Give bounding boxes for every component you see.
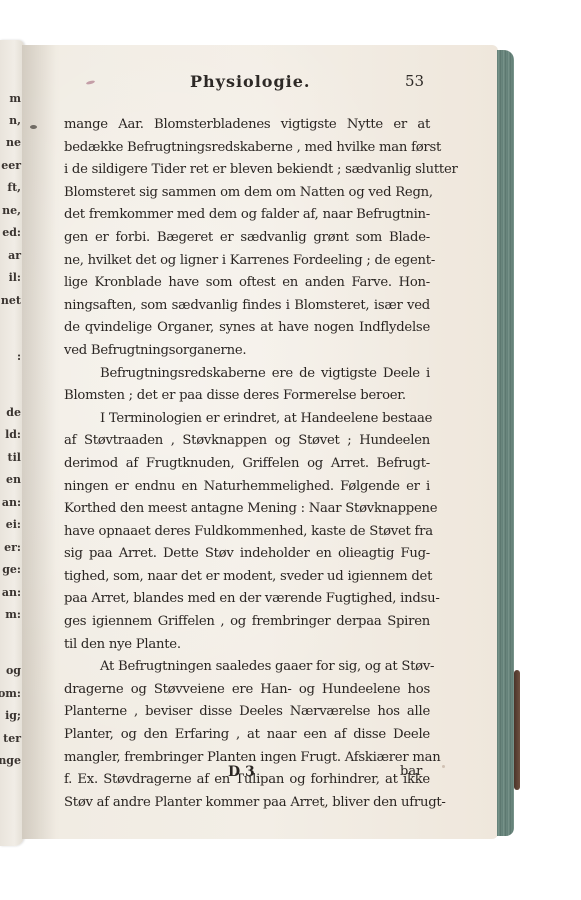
text-line: Planterne , beviser disse Deeles Nærvære… [64,701,430,724]
facing-page-text-fragment: ter [3,732,21,745]
facing-page-fragment: mn,neeerft,ne,ed:aril:net:deld:tilenan:e… [0,40,24,846]
facing-page-text-fragment: en [6,473,21,486]
text-line: Korthed den meest antagne Mening : Naar … [64,498,430,521]
text-line: At Befrugtningen saaledes gaaer for sig,… [64,656,430,679]
text-line: ges igiennem Griffelen , og frembringer … [64,611,430,634]
facing-page-text-fragment: an: [2,586,21,599]
running-head: Physiologie. 53 [0,72,581,96]
text-line: paa Arret, blandes med en der værende Fu… [64,588,430,611]
spot-mark [30,125,37,129]
text-line: sig paa Arret. Dette Støv indeholder en … [64,543,430,566]
facing-page-text-fragment: net [1,294,21,307]
text-line: mange Aar. Blomsterbladenes vigtigste Ny… [64,114,430,137]
facing-page-text-fragment: ar [8,249,21,262]
facing-page-text-fragment: og [6,664,21,677]
text-line: Befrugtningsredskaberne ere de vigtigste… [64,363,430,386]
text-line: af Støvtraaden , Støvknappen og Støvet ;… [64,430,430,453]
text-line: Blomsten ; det er paa disse deres Former… [64,385,430,408]
text-line: I Terminologien er erindret, at Handeele… [64,408,430,431]
green-page-edge [497,50,514,836]
text-line: lige Kronblade have som oftest en anden … [64,272,430,295]
facing-page-text-fragment: ft, [7,181,21,194]
running-head-title: Physiologie. [190,72,310,91]
facing-page-text-fragment: om: [0,687,21,700]
facing-page-text-fragment: ei: [6,518,21,531]
facing-page-text-fragment: ed: [2,226,21,239]
catchword: bar [400,764,422,779]
facing-page-text-fragment: m: [5,608,21,621]
text-line: til den nye Plante. [64,634,430,657]
facing-page-text-fragment: an: [2,496,21,509]
facing-page-text-fragment: n, [9,114,21,127]
gutter-shadow [22,45,56,839]
text-line: gen er forbi. Bægeret er sædvanlig grønt… [64,227,430,250]
text-line: det fremkommer med dem og falder af, naa… [64,204,430,227]
facing-page-text-fragment: ge: [2,563,21,576]
text-line: Planter, og den Erfaring , at naar een a… [64,724,430,747]
text-line: ne, hvilket det og ligner i Karrenes For… [64,250,430,273]
signature-mark: D 3 [228,764,255,780]
facing-page-text-fragment: : [17,350,21,363]
text-line: ningsaften, som sædvanlig findes i Bloms… [64,295,430,318]
body-text: mange Aar. Blomsterbladenes vigtigste Ny… [64,114,430,814]
facing-page-text-fragment: ne [6,136,21,149]
facing-page-text-fragment: ne, [2,204,21,217]
facing-page-text-fragment: er: [4,541,21,554]
text-line: Støv af andre Planter kommer paa Arret, … [64,792,430,815]
facing-page-text-fragment: til [8,451,21,464]
page-footer: D 3 bar [0,764,581,786]
text-line: derimod af Frugtknuden, Griffelen og Arr… [64,453,430,476]
text-line: de qvindelige Organer, synes at have nog… [64,317,430,340]
text-line: ved Befrugtningsorganerne. [64,340,430,363]
text-line: i de sildigere Tider ret er bleven bekie… [64,159,430,182]
facing-page-text-fragment: ld: [5,428,21,441]
text-line: ningen er endnu en Naturhemmelighed. Føl… [64,476,430,499]
facing-page-text-fragment: eer [1,159,21,172]
text-line: Blomsteret sig sammen om dem om Natten o… [64,182,430,205]
facing-page-text-fragment: de [6,406,21,419]
facing-page-text-fragment: ig; [5,709,21,722]
text-line: bedække Befrugtningsredskaberne , med hv… [64,137,430,160]
text-line: dragerne og Støvveiene ere Han- og Hunde… [64,679,430,702]
page-number: 53 [405,72,424,90]
facing-page-text-fragment: il: [9,271,21,284]
text-line: tighed, som, naar det er modent, sveder … [64,566,430,589]
text-line: have opnaaet deres Fuldkommenhed, kaste … [64,521,430,544]
